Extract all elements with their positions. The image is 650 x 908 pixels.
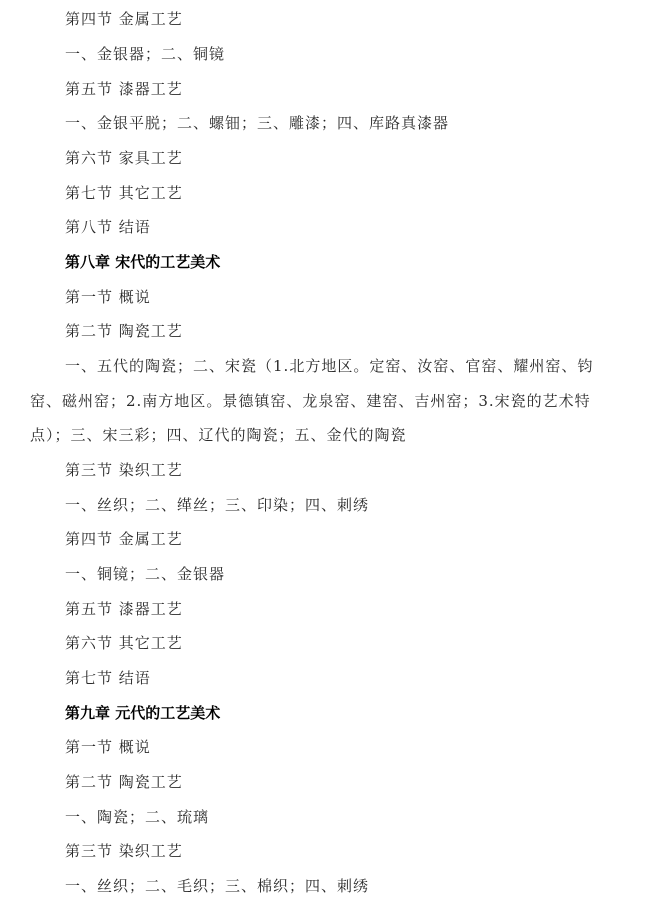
section-heading: 第二节 陶瓷工艺 bbox=[65, 772, 183, 792]
section-heading: 第一节 概说 bbox=[65, 287, 151, 307]
section-heading: 第三节 染织工艺 bbox=[65, 841, 183, 861]
section-heading: 第四节 金属工艺 bbox=[65, 9, 183, 29]
section-items: 一、金银平脱；二、螺钿；三、雕漆；四、库路真漆器 bbox=[65, 113, 449, 133]
section-heading: 第六节 家具工艺 bbox=[65, 148, 183, 168]
chapter-heading: 第八章 宋代的工艺美术 bbox=[65, 252, 220, 272]
section-heading: 第四节 金属工艺 bbox=[65, 529, 183, 549]
chapter-heading: 第九章 元代的工艺美术 bbox=[65, 703, 220, 723]
paragraph-line: 点）；三、宋三彩；四、辽代的陶瓷；五、金代的陶瓷 bbox=[30, 425, 407, 445]
section-heading: 第七节 其它工艺 bbox=[65, 183, 183, 203]
paragraph-line: 窑、磁州窑；2.南方地区。景德镇窑、龙泉窑、建窑、吉州窑；3.宋瓷的艺术特 bbox=[30, 391, 591, 411]
section-items: 一、铜镜；二、金银器 bbox=[65, 564, 225, 584]
section-heading: 第三节 染织工艺 bbox=[65, 460, 183, 480]
section-items: 一、丝织；二、毛织；三、棉织；四、刺绣 bbox=[65, 876, 369, 896]
section-items: 一、陶瓷；二、琉璃 bbox=[65, 807, 209, 827]
section-heading: 第五节 漆器工艺 bbox=[65, 79, 183, 99]
section-heading: 第七节 结语 bbox=[65, 668, 151, 688]
section-heading: 第一节 概说 bbox=[65, 737, 151, 757]
paragraph-line: 一、五代的陶瓷；二、宋瓷（1.北方地区。定窑、汝窑、官窑、耀州窑、钧 bbox=[65, 356, 593, 376]
section-heading: 第六节 其它工艺 bbox=[65, 633, 183, 653]
section-heading: 第五节 漆器工艺 bbox=[65, 599, 183, 619]
section-heading: 第二节 陶瓷工艺 bbox=[65, 321, 183, 341]
section-heading: 第八节 结语 bbox=[65, 217, 151, 237]
section-items: 一、丝织；二、缂丝；三、印染；四、刺绣 bbox=[65, 495, 369, 515]
section-items: 一、金银器；二、铜镜 bbox=[65, 44, 225, 64]
